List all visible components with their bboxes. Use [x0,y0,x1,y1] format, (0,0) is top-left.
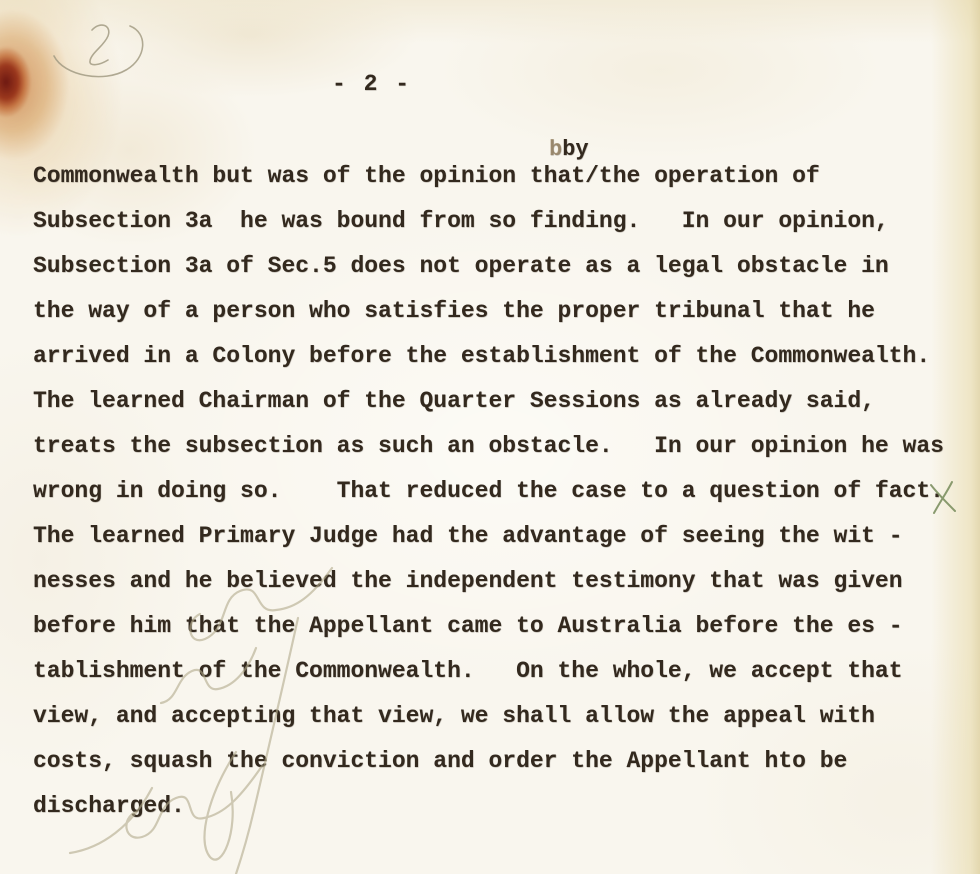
typed-line: costs, squash the conviction and order t… [33,747,847,775]
typed-line: nesses and he believed the independent t… [33,567,903,595]
typed-insertion-by: bby [549,136,589,164]
typed-line: The learned Primary Judge had the advant… [33,522,903,550]
typed-line: Commonwealth but was of the opinion that… [33,162,820,190]
typed-line: Subsection 3a he was bound from so findi… [33,207,889,235]
typed-line: Subsection 3a of Sec.5 does not operate … [33,252,889,280]
pencil-circled-2-icon [54,25,143,77]
ink-stain [0,0,190,280]
typed-line: arrived in a Colony before the establish… [33,342,930,370]
scanned-document-page: - 2 - bby Commonwealth but was of the op… [0,0,980,874]
typed-line: treats the subsection as such an obstacl… [33,432,944,460]
typed-line: view, and accepting that view, we shall … [33,702,875,730]
typed-line: discharged. [33,792,185,820]
typed-line: The learned Chairman of the Quarter Sess… [33,387,875,415]
typed-line: before him that the Appellant came to Au… [33,612,903,640]
page-number: - 2 - [332,70,411,98]
typed-line: tablishment of the Commonwealth. On the … [33,657,903,685]
typed-line: the way of a person who satisfies the pr… [33,297,875,325]
typed-line: wrong in doing so. That reduced the case… [33,477,944,505]
